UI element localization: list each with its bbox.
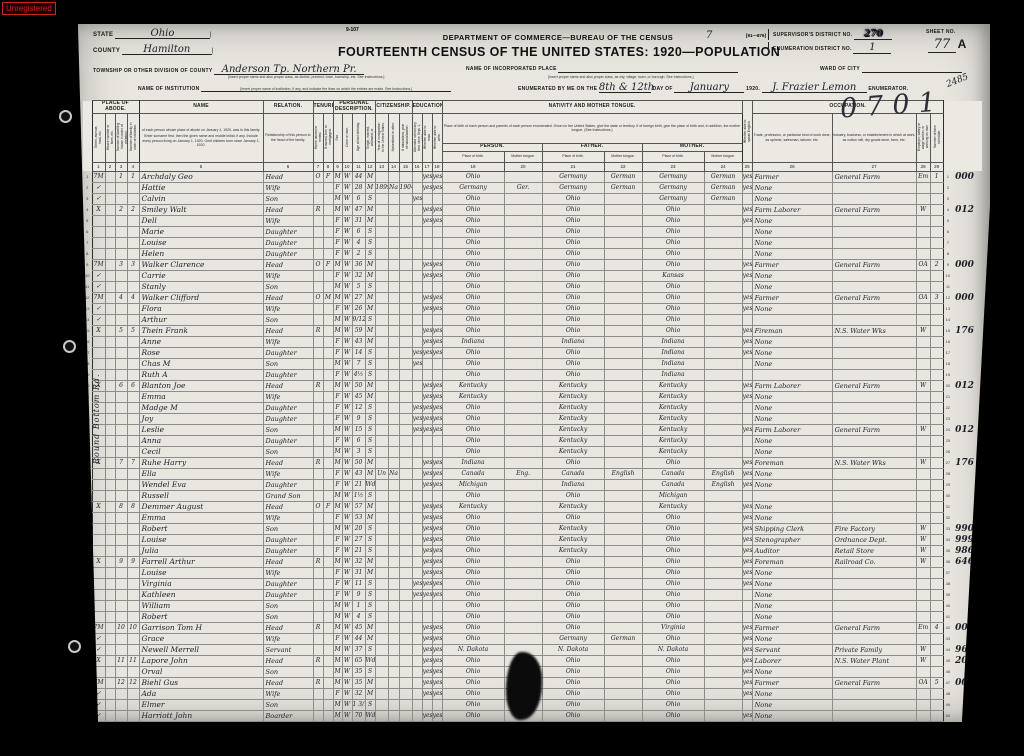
row-number: 28: [943, 468, 952, 479]
cell: [127, 358, 139, 369]
cell: [323, 303, 333, 314]
cell: [313, 578, 323, 589]
cell: W: [342, 600, 352, 611]
cell: [412, 501, 422, 512]
cell: [399, 545, 412, 556]
cell: Wife: [263, 567, 313, 578]
cell: [375, 644, 388, 655]
column-free-mortgaged: If owned, free or mortgaged.: [323, 113, 333, 162]
cell: OA: [916, 292, 930, 303]
cell: [604, 556, 642, 567]
cell: Daughter: [263, 578, 313, 589]
cell: [115, 248, 127, 259]
cell: [388, 600, 399, 611]
cell: Farm Laborer: [752, 424, 832, 435]
cell: [422, 600, 432, 611]
cell: [388, 303, 399, 314]
cell: [930, 534, 943, 545]
cell: W: [342, 281, 352, 292]
cell: [388, 402, 399, 413]
cell: Head: [263, 171, 313, 182]
cell: [412, 490, 422, 501]
census-title: FOURTEENTH CENSUS OF THE UNITED STATES: …: [338, 45, 778, 59]
cell: [422, 281, 432, 292]
cell: [704, 303, 742, 314]
row-number: 40: [943, 600, 952, 611]
cell: W: [342, 358, 352, 369]
cell: yes: [432, 424, 442, 435]
sheet-letter: A: [958, 37, 967, 51]
mother-place-of-birth-label: Place of birth.: [642, 151, 704, 162]
cell: Ohio: [642, 589, 704, 600]
cell: [604, 622, 642, 633]
cell: W: [342, 589, 352, 600]
margin-number: [952, 314, 982, 325]
cell: yes: [432, 292, 442, 303]
cell: [604, 369, 642, 380]
cell: Fireman: [752, 325, 832, 336]
cell: [504, 633, 542, 644]
margin-number: [952, 336, 982, 347]
name-cell: Flora: [139, 303, 263, 314]
cell: [930, 402, 943, 413]
cell: Germany: [642, 193, 704, 204]
cell: [504, 347, 542, 358]
row-number: 48: [943, 688, 952, 699]
cell: Ohio: [542, 259, 604, 270]
column-number: 19: [442, 162, 504, 171]
cell: [930, 391, 943, 402]
cell: [399, 622, 412, 633]
cell: [704, 710, 742, 721]
cell: Ohio: [442, 171, 504, 182]
cell: Kentucky: [542, 424, 604, 435]
cell: yes: [432, 303, 442, 314]
cell: Eng.: [504, 468, 542, 479]
cell: [323, 435, 333, 446]
cell: [930, 490, 943, 501]
cell: [832, 578, 916, 589]
cell: W: [342, 226, 352, 237]
cell: [388, 424, 399, 435]
cell: [412, 281, 422, 292]
margin-number: [952, 182, 982, 193]
cell: None: [752, 303, 832, 314]
table-row: 7LouiseDaughterFW4SOhioOhioOhioNone7: [83, 237, 982, 248]
cell: [832, 435, 916, 446]
cell: W: [342, 424, 352, 435]
cell: [930, 314, 943, 325]
cell: [930, 424, 943, 435]
cell: None: [752, 215, 832, 226]
cell: M: [333, 193, 342, 204]
cell: R: [313, 457, 323, 468]
cell: Ohio: [442, 710, 504, 721]
cell: [313, 270, 323, 281]
cell: 3: [115, 259, 127, 270]
cell: [375, 512, 388, 523]
cell: [832, 369, 916, 380]
row-number: 1: [943, 171, 952, 182]
cell: Son: [263, 424, 313, 435]
cell: R: [313, 622, 323, 633]
cell: ✓: [92, 182, 105, 193]
cell: [412, 633, 422, 644]
margin-number: 000: [952, 292, 982, 303]
cell: [375, 446, 388, 457]
cell: 4½: [352, 369, 365, 380]
cell: W: [342, 336, 352, 347]
cell: [375, 567, 388, 578]
cell: Ohio: [642, 578, 704, 589]
cell: [704, 270, 742, 281]
cell: F: [333, 578, 342, 589]
cell: ✓: [92, 193, 105, 204]
cell: [930, 655, 943, 666]
cell: [323, 611, 333, 622]
cell: [930, 567, 943, 578]
cell: Ohio: [542, 490, 604, 501]
cell: [105, 446, 115, 457]
cell: 9: [127, 556, 139, 567]
cell: [313, 347, 323, 358]
cell: 5: [115, 325, 127, 336]
cell: 3: [127, 259, 139, 270]
cell: Ohio: [442, 523, 504, 534]
cell: [930, 545, 943, 556]
cell: [323, 413, 333, 424]
cell: English: [704, 479, 742, 490]
cell: [323, 490, 333, 501]
cell: [323, 446, 333, 457]
cell: yes: [432, 325, 442, 336]
cell: Head: [263, 457, 313, 468]
column-number: 3: [115, 162, 127, 171]
cell: [313, 446, 323, 457]
cell: [92, 545, 105, 556]
cell: [375, 622, 388, 633]
cell: W: [342, 501, 352, 512]
cell: yes: [742, 336, 752, 347]
county-value: Hamilton: [122, 46, 212, 55]
cell: W: [342, 402, 352, 413]
cell: Kentucky: [542, 402, 604, 413]
cell: yes: [422, 182, 432, 193]
row-number: 5: [943, 215, 952, 226]
cell: Ohio: [442, 556, 504, 567]
name-cell: Demmer August: [139, 501, 263, 512]
cell: 9: [352, 589, 365, 600]
cell: Ohio: [542, 567, 604, 578]
cell: W: [342, 523, 352, 534]
row-number: 5: [83, 215, 92, 226]
cell: [742, 611, 752, 622]
cell: [916, 633, 930, 644]
cell: M: [365, 622, 375, 633]
cell: [742, 699, 752, 710]
cell: [930, 501, 943, 512]
margin-number: 176: [952, 325, 982, 336]
cell: Germany: [542, 171, 604, 182]
cell: [930, 578, 943, 589]
cell: [92, 534, 105, 545]
cell: [832, 710, 916, 721]
cell: [388, 523, 399, 534]
cell: Ohio: [442, 204, 504, 215]
cell: [742, 435, 752, 446]
cell: [432, 193, 442, 204]
name-cell: Farrell Arthur: [139, 556, 263, 567]
cell: M: [365, 204, 375, 215]
cell: Ohio: [442, 622, 504, 633]
cell: [399, 369, 412, 380]
table-row: 97M33Walker ClarenceHeadOFMW36MyesyesOhi…: [83, 259, 982, 270]
cell: 1: [115, 171, 127, 182]
name-cell: Dell: [139, 215, 263, 226]
cell: yes: [742, 534, 752, 545]
cell: F: [323, 501, 333, 512]
cell: [504, 556, 542, 567]
cell: yes: [742, 479, 752, 490]
cell: [375, 600, 388, 611]
subgroup-father: FATHER.: [542, 143, 642, 151]
cell: [399, 435, 412, 446]
cell: O: [313, 171, 323, 182]
column-number: 5: [139, 162, 263, 171]
row-number: 3: [943, 193, 952, 204]
cell: [313, 402, 323, 413]
cell: [375, 204, 388, 215]
cell: 32: [352, 270, 365, 281]
cell: General Farm: [832, 677, 916, 688]
cell: S: [365, 534, 375, 545]
cell: [388, 325, 399, 336]
table-row: 40WilliamSonMW1SOhioOhioOhioNone40: [83, 600, 982, 611]
column-relation-description: Relationship of this person to the head …: [263, 113, 313, 162]
cell: [105, 413, 115, 424]
cell: [704, 446, 742, 457]
cell: [504, 479, 542, 490]
cell: M: [333, 259, 342, 270]
cell: yes: [422, 578, 432, 589]
cell: [323, 512, 333, 523]
name-cell: Ruth A: [139, 369, 263, 380]
table-row: 23JoyDaughterFW9SyesyesyesOhioKentuckyKe…: [83, 413, 982, 424]
cell: [604, 446, 642, 457]
cell: [432, 600, 442, 611]
cell: [115, 435, 127, 446]
cell: [422, 611, 432, 622]
mother-mother-tongue-label: Mother tongue.: [704, 151, 742, 162]
row-number: 6: [83, 226, 92, 237]
cell: F: [333, 248, 342, 259]
cell: F: [333, 589, 342, 600]
cell: [432, 435, 442, 446]
cell: Ohio: [542, 556, 604, 567]
cell: Kentucky: [642, 424, 704, 435]
cell: [388, 391, 399, 402]
cell: [399, 248, 412, 259]
cell: Ohio: [442, 490, 504, 501]
street-name-vertical-note: Round Bottom Rd.: [92, 373, 101, 464]
cell: [375, 292, 388, 303]
cell: None: [752, 699, 832, 710]
cell: [916, 413, 930, 424]
cell: [105, 314, 115, 325]
page-number-stamp: 7: [706, 30, 712, 41]
cell: F: [333, 633, 342, 644]
cell: yes: [422, 622, 432, 633]
cell: F: [333, 567, 342, 578]
cell: [704, 369, 742, 380]
cell: yes: [742, 512, 752, 523]
cell: 7M: [92, 259, 105, 270]
name-cell: Helen: [139, 248, 263, 259]
cell: F: [333, 545, 342, 556]
cell: [105, 248, 115, 259]
cell: [313, 424, 323, 435]
cell: S: [365, 666, 375, 677]
cell: [127, 270, 139, 281]
cell: yes: [742, 655, 752, 666]
cell: F: [333, 402, 342, 413]
cell: 11: [127, 655, 139, 666]
cell: [105, 688, 115, 699]
cell: Canada: [442, 468, 504, 479]
cell: W: [342, 578, 352, 589]
cell: [115, 644, 127, 655]
cell: Michigan: [442, 479, 504, 490]
cell: None: [752, 666, 832, 677]
margin-number: [952, 347, 982, 358]
cell: F: [333, 369, 342, 380]
cell: [930, 215, 943, 226]
cell: [504, 622, 542, 633]
cell: W: [342, 655, 352, 666]
cell: yes: [422, 710, 432, 721]
row-number: 49: [943, 699, 952, 710]
cell: X: [92, 501, 105, 512]
cell: [412, 457, 422, 468]
cell: M: [333, 600, 342, 611]
cell: Kentucky: [642, 413, 704, 424]
cell: [412, 237, 422, 248]
cell: [504, 600, 542, 611]
cell: 32: [352, 688, 365, 699]
cell: Kentucky: [442, 501, 504, 512]
column-naturalization-year: If naturalized, year of naturalization.: [399, 113, 412, 162]
cell: [388, 314, 399, 325]
cell: [115, 490, 127, 501]
table-row: 35JuliaDaughterFW21SyesyesOhioKentuckyOh…: [83, 545, 982, 556]
cell: [504, 380, 542, 391]
cell: [412, 182, 422, 193]
cell: [323, 270, 333, 281]
row-number: 1: [83, 171, 92, 182]
cell: [388, 237, 399, 248]
cell: [916, 347, 930, 358]
column-name-description: of each person whose place of abode on J…: [139, 113, 263, 162]
cell: [313, 688, 323, 699]
cell: [832, 270, 916, 281]
cell: None: [752, 446, 832, 457]
cell: W: [342, 446, 352, 457]
cell: Foreman: [752, 556, 832, 567]
cell: R: [313, 655, 323, 666]
cell: [504, 523, 542, 534]
cell: [127, 314, 139, 325]
group-name: NAME: [139, 101, 263, 114]
cell: [432, 369, 442, 380]
cell: [604, 347, 642, 358]
cell: 5: [930, 677, 943, 688]
cell: [504, 391, 542, 402]
cell: yes: [432, 523, 442, 534]
cell: [832, 446, 916, 457]
cell: [323, 523, 333, 534]
cell: 3: [930, 292, 943, 303]
enumerated-year: 1920.: [746, 86, 760, 92]
column-number: 15: [399, 162, 412, 171]
cell: [504, 215, 542, 226]
cell: [92, 248, 105, 259]
cell: 50: [352, 457, 365, 468]
cell: [704, 336, 742, 347]
cell: [105, 699, 115, 710]
table-row: 34LouiseDaughterFW27SyesyesOhioKentuckyO…: [83, 534, 982, 545]
cell: [313, 413, 323, 424]
left-gutter: [83, 101, 92, 172]
name-cell: Orval: [139, 666, 263, 677]
cell: [388, 193, 399, 204]
cell: [412, 380, 422, 391]
cell: [704, 281, 742, 292]
cell: yes: [742, 644, 752, 655]
cell: [323, 622, 333, 633]
margin-number: 000: [952, 259, 982, 270]
cell: Germany: [442, 182, 504, 193]
cell: [832, 303, 916, 314]
cell: [704, 677, 742, 688]
cell: W: [342, 435, 352, 446]
cell: [127, 666, 139, 677]
cell: [832, 479, 916, 490]
cell: [323, 424, 333, 435]
cell: [916, 369, 930, 380]
row-number: 41: [943, 611, 952, 622]
cell: [375, 259, 388, 270]
cell: yes: [422, 270, 432, 281]
cell: yes: [422, 644, 432, 655]
cell: [704, 435, 742, 446]
cell: [127, 237, 139, 248]
cell: [412, 534, 422, 545]
cell: Ohio: [642, 633, 704, 644]
cell: [127, 688, 139, 699]
name-cell: Madge M: [139, 402, 263, 413]
cell: Ohio: [642, 281, 704, 292]
cell: [105, 611, 115, 622]
cell: [127, 567, 139, 578]
cell: [313, 666, 323, 677]
cell: Ohio: [442, 600, 504, 611]
cell: [375, 303, 388, 314]
cell: [832, 237, 916, 248]
cell: [832, 336, 916, 347]
enumerator-name: J. Frazier Lemon: [762, 84, 867, 93]
cell: [375, 479, 388, 490]
form-number: 9-107: [346, 27, 359, 33]
